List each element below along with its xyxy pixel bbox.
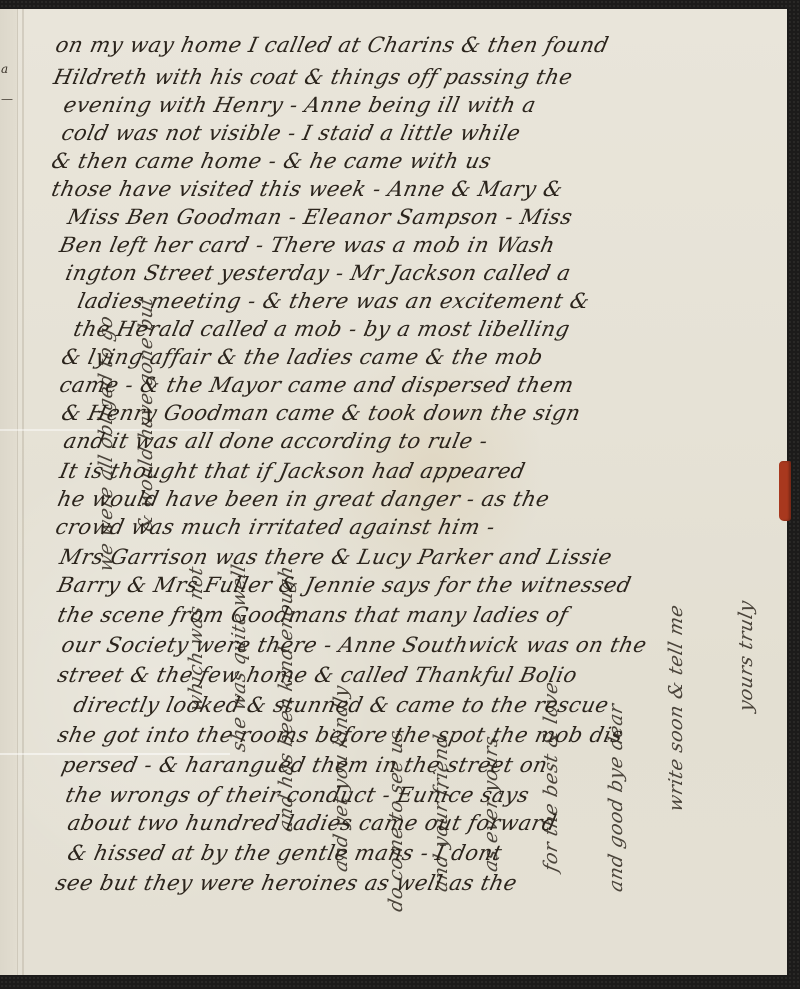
- handwritten-line: Barry & Mrs Fuller & Jennie says for the…: [55, 573, 633, 597]
- edge-mark: a: [1, 61, 13, 77]
- handwritten-line: crowd was much irritated against him -: [53, 515, 497, 539]
- handwritten-line: Miss Ben Goodman - Eleanor Sampson - Mis…: [65, 205, 574, 229]
- cross-written-line: do come to see us: [385, 728, 407, 914]
- handwritten-line: evening with Henry - Anne being ill with…: [61, 93, 538, 117]
- edge-mark: —: [1, 91, 13, 107]
- vertical-fold-line: [22, 9, 24, 975]
- wax-seal-fragment: [779, 461, 791, 521]
- handwritten-line: our Society were there - Anne Southwick …: [59, 633, 649, 657]
- handwritten-line: ington Street yesterday - Mr Jackson cal…: [63, 261, 573, 285]
- handwritten-line: cold was not visible - I staid a little …: [59, 121, 522, 145]
- cross-written-line: for the best & love: [540, 679, 562, 873]
- handwritten-line: those have visited this week - Anne & Ma…: [49, 177, 565, 201]
- cross-written-line: and yet you kindly: [330, 683, 352, 873]
- letter-page: a — on my way home I called at Charins &…: [0, 9, 787, 975]
- handwritten-line: Ben left her card - There was a mob in W…: [57, 233, 557, 257]
- handwritten-line: he would have been in great danger - as …: [55, 487, 551, 511]
- handwritten-line: Hildreth with his coat & things off pass…: [51, 65, 575, 89]
- handwritten-line: the wrongs of their conduct - Eunice say…: [63, 783, 531, 807]
- cross-written-line: as ever yours: [480, 734, 502, 874]
- adjoining-page-edge: [0, 9, 18, 975]
- handwritten-line: & then came home - & he came with us: [49, 149, 493, 173]
- cross-written-line: we were all obliged to go: [95, 313, 117, 573]
- handwritten-line: Mrs Garrison was there & Lucy Parker and…: [57, 545, 614, 569]
- cross-written-line: & would have gone but: [135, 295, 157, 534]
- cross-written-line: which was not: [185, 564, 207, 713]
- cross-written-line: she was quite well: [228, 562, 250, 753]
- cross-written-line: write soon & tell me: [665, 602, 687, 813]
- handwritten-line: street & the few home & called Thankful …: [55, 663, 579, 687]
- cross-written-line: yours truly: [735, 598, 757, 713]
- handwritten-line: on my way home I called at Charins & the…: [53, 33, 611, 57]
- handwritten-line: and it was all done according to rule -: [61, 429, 490, 453]
- adjoining-page-marks: a —: [1, 61, 13, 107]
- handwritten-line: persed - & harangued them in the street …: [59, 753, 549, 777]
- cross-written-line: and has been kind enough: [275, 563, 297, 833]
- cross-written-line: and good bye dear: [605, 701, 627, 893]
- cross-written-line: and your friend: [430, 732, 452, 893]
- handwritten-line: & lying affair & the ladies came & the m…: [59, 345, 545, 369]
- handwritten-line: the scene from Goodmans that many ladies…: [55, 603, 570, 627]
- handwritten-line: It is thought that if Jackson had appear…: [57, 459, 527, 483]
